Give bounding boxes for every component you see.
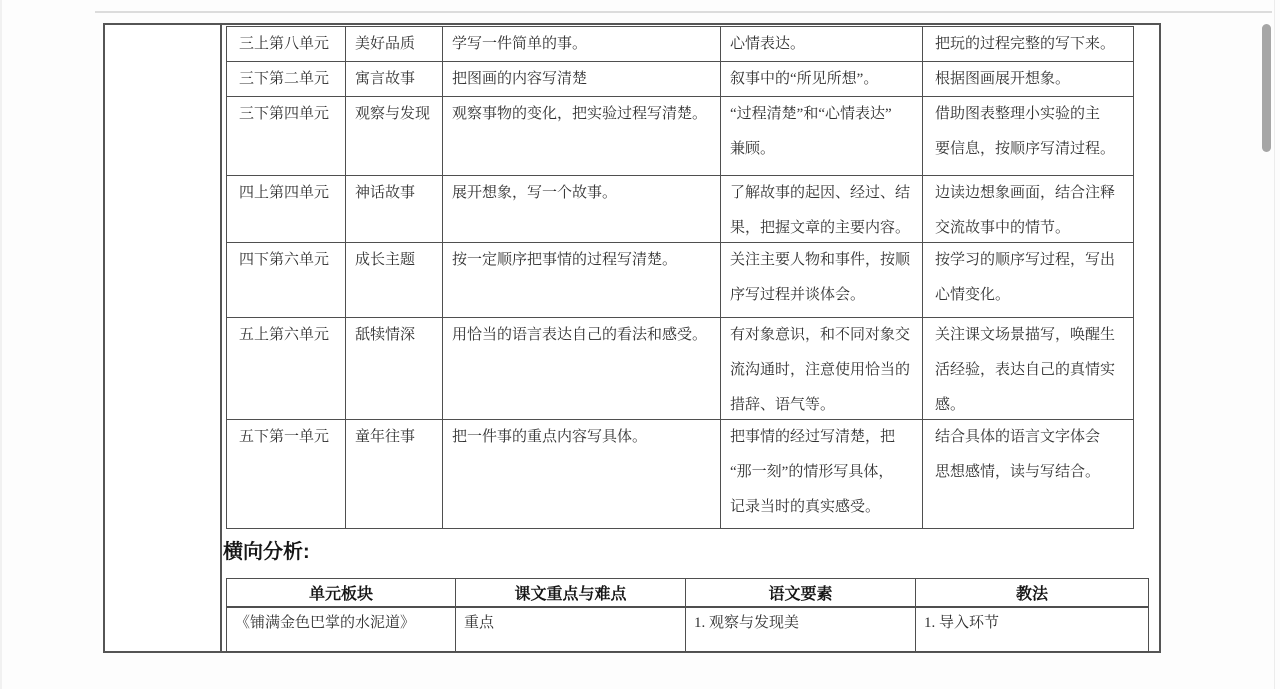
table-cell: 五下第一单元 [227,420,346,528]
table-cell: 舐犊情深 [346,318,443,420]
column-header: 教法 [916,579,1148,608]
table-cell: 展开想象，写一个故事。 [443,176,721,243]
vertical-scrollbar-thumb[interactable] [1262,24,1271,152]
table-cell: 关注主要人物和事件，按顺 序写过程并谈体会。 [721,243,923,318]
window-right-edge [1274,0,1275,689]
table-cell: 五上第六单元 [227,318,346,420]
table-cell: 把事情的经过写清楚，把 “那一刻”的情形写具体， 记录当时的真实感受。 [721,420,923,528]
table-cell: 按一定顺序把事情的过程写清楚。 [443,243,721,318]
outer-table-column-divider [220,25,222,651]
unit-analysis-table: 三上第八单元 美好品质 学写一件简单的事。 心情表达。 把玩的过程完整的写下来。… [226,26,1134,529]
page-top-edge [95,11,1272,13]
table-cell: 根据图画展开想象。 [923,62,1133,97]
table-cell: 重点 [456,608,686,651]
table-cell: 有对象意识，和不同对象交 流沟通时，注意使用恰当的 措辞、语气等。 [721,318,923,420]
table-cell: 把图画的内容写清楚 [443,62,721,97]
table-cell: 用恰当的语言表达自己的看法和感受。 [443,318,721,420]
table-cell: 叙事中的“所见所想”。 [721,62,923,97]
table-cell: 1. 观察与发现美 [686,608,916,651]
table-cell: 成长主题 [346,243,443,318]
table-cell: 寓言故事 [346,62,443,97]
table-cell: 神话故事 [346,176,443,243]
table-cell: 观察与发现 [346,97,443,176]
table-cell: 三下第二单元 [227,62,346,97]
table-cell: 心情表达。 [721,27,923,62]
table-cell: 三上第八单元 [227,27,346,62]
table-cell: 了解故事的起因、经过、结 果，把握文章的主要内容。 [721,176,923,243]
table-cell: 把一件事的重点内容写具体。 [443,420,721,528]
table-cell: 借助图表整理小实验的主 要信息，按顺序写清过程。 [923,97,1133,176]
table-cell: 四上第四单元 [227,176,346,243]
section-title: 横向分析: [223,538,310,566]
table-cell: 美好品质 [346,27,443,62]
table-cell: 1. 导入环节 [916,608,1148,651]
table-cell: 把玩的过程完整的写下来。 [923,27,1133,62]
table-cell: 学写一件简单的事。 [443,27,721,62]
table-cell: 四下第六单元 [227,243,346,318]
table-cell: 结合具体的语言文字体会 思想感情，读与写结合。 [923,420,1133,528]
table-cell: 观察事物的变化，把实验过程写清楚。 [443,97,721,176]
horizontal-analysis-table: 单元板块 课文重点与难点 语文要素 教法 《铺满金色巴掌的水泥道》 重点 1. … [226,578,1149,652]
table-cell: 童年往事 [346,420,443,528]
table-cell: 三下第四单元 [227,97,346,176]
column-header: 课文重点与难点 [456,579,686,608]
table-cell: “过程清楚”和“心情表达” 兼顾。 [721,97,923,176]
table-cell: 关注课文场景描写，唤醒生 活经验，表达自己的真情实 感。 [923,318,1133,420]
table-cell: 《铺满金色巴掌的水泥道》 [227,608,456,651]
window-left-edge [0,0,2,689]
table-cell: 边读边想象画面，结合注释 交流故事中的情节。 [923,176,1133,243]
table-cell: 按学习的顺序写过程，写出 心情变化。 [923,243,1133,318]
column-header: 单元板块 [227,579,456,608]
column-header: 语文要素 [686,579,916,608]
